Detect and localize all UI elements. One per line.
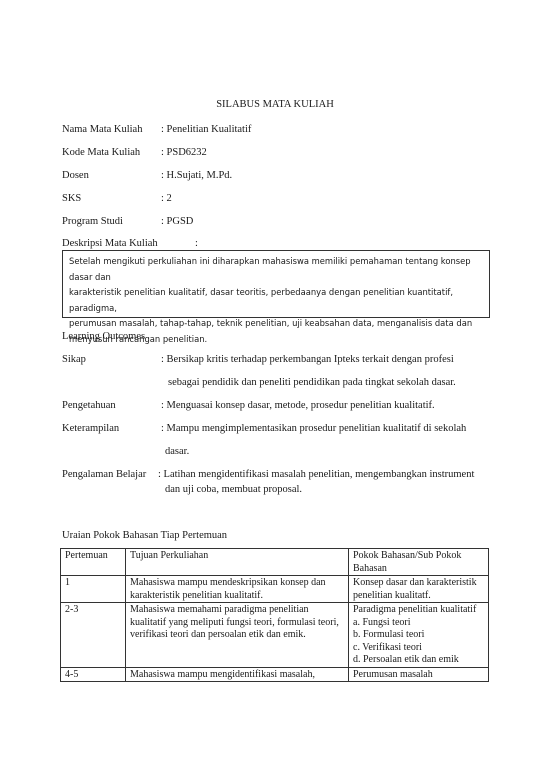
header-topic: Pokok Bahasan/Sub Pokok Bahasan (349, 549, 489, 576)
subtopic-item: a. Fungsi teori (353, 617, 484, 630)
cell-goal: Mahasiswa mampu mendeskripsikan konsep d… (126, 576, 349, 603)
description-box: Setelah mengikuti perkuliahan ini dihara… (62, 250, 490, 318)
knowledge-value: : Menguasai konsep dasar, metode, prosed… (161, 400, 435, 411)
topic-title: Paradigma penelitian kualitatif (353, 604, 484, 617)
subtopic-item: d. Persoalan etik dan emik (353, 654, 484, 667)
description-line: perumusan masalah, tahap-tahap, teknik p… (69, 316, 483, 332)
skills-label: Keterampilan (62, 423, 119, 434)
program-label: Program Studi (62, 216, 123, 227)
cell-meeting: 4-5 (61, 667, 126, 682)
attitude-value: : Bersikap kritis terhadap perkembangan … (161, 354, 454, 365)
table-row: 2-3 Mahasiswa memahami paradigma penelit… (61, 603, 489, 668)
attitude-value-cont: sebagai pendidik dan peneliti pendidikan… (168, 377, 456, 388)
table-heading: Uraian Pokok Bahasan Tiap Pertemuan (62, 530, 227, 541)
table-header-row: Pertemuan Tujuan Perkuliahan Pokok Bahas… (61, 549, 489, 576)
description-colon: : (195, 238, 198, 249)
header-goal: Tujuan Perkuliahan (126, 549, 349, 576)
cell-topic: Konsep dasar dan karakteristik penelitia… (349, 576, 489, 603)
subtopic-item: b. Formulasi teori (353, 629, 484, 642)
document-title: SILABUS MATA KULIAH (0, 99, 550, 110)
cell-goal: Mahasiswa mampu mengidentifikasi masalah… (126, 667, 349, 682)
learning-outcomes-heading: Learning Outcomes (62, 331, 145, 342)
header-meeting: Pertemuan (61, 549, 126, 576)
knowledge-label: Pengetahuan (62, 400, 116, 411)
skills-value-cont: dasar. (165, 446, 189, 457)
course-code-value: : PSD6232 (161, 147, 207, 158)
course-name-label: Nama Mata Kuliah (62, 124, 142, 135)
lecturer-value: : H.Sujati, M.Pd. (161, 170, 232, 181)
credits-label: SKS (62, 193, 81, 204)
description-line: Setelah mengikuti perkuliahan ini dihara… (69, 254, 483, 285)
description-line: karakteristik penelitian kualitatif, das… (69, 285, 483, 316)
cell-topic: Paradigma penelitian kualitatif a. Fungs… (349, 603, 489, 668)
subtopic-list: a. Fungsi teori b. Formulasi teori c. Ve… (353, 617, 484, 667)
subtopic-item: c. Verifikasi teori (353, 642, 484, 655)
topics-table: Pertemuan Tujuan Perkuliahan Pokok Bahas… (60, 548, 489, 682)
description-label: Deskripsi Mata Kuliah (62, 238, 158, 249)
experience-label: Pengalaman Belajar (62, 469, 146, 480)
course-code-label: Kode Mata Kuliah (62, 147, 140, 158)
credits-value: : 2 (161, 193, 172, 204)
cell-goal: Mahasiswa memahami paradigma penelitian … (126, 603, 349, 668)
table-row: 4-5 Mahasiswa mampu mengidentifikasi mas… (61, 667, 489, 682)
experience-value: : Latihan mengidentifikasi masalah penel… (158, 469, 474, 480)
attitude-label: Sikap (62, 354, 86, 365)
course-name-value: : Penelitian Kualitatif (161, 124, 251, 135)
cell-meeting: 2-3 (61, 603, 126, 668)
program-value: : PGSD (161, 216, 193, 227)
table-row: 1 Mahasiswa mampu mendeskripsikan konsep… (61, 576, 489, 603)
cell-meeting: 1 (61, 576, 126, 603)
cell-topic: Perumusan masalah (349, 667, 489, 682)
experience-value-cont: dan uji coba, membuat proposal. (165, 484, 302, 495)
lecturer-label: Dosen (62, 170, 89, 181)
skills-value: : Mampu mengimplementasikan prosedur pen… (161, 423, 466, 434)
